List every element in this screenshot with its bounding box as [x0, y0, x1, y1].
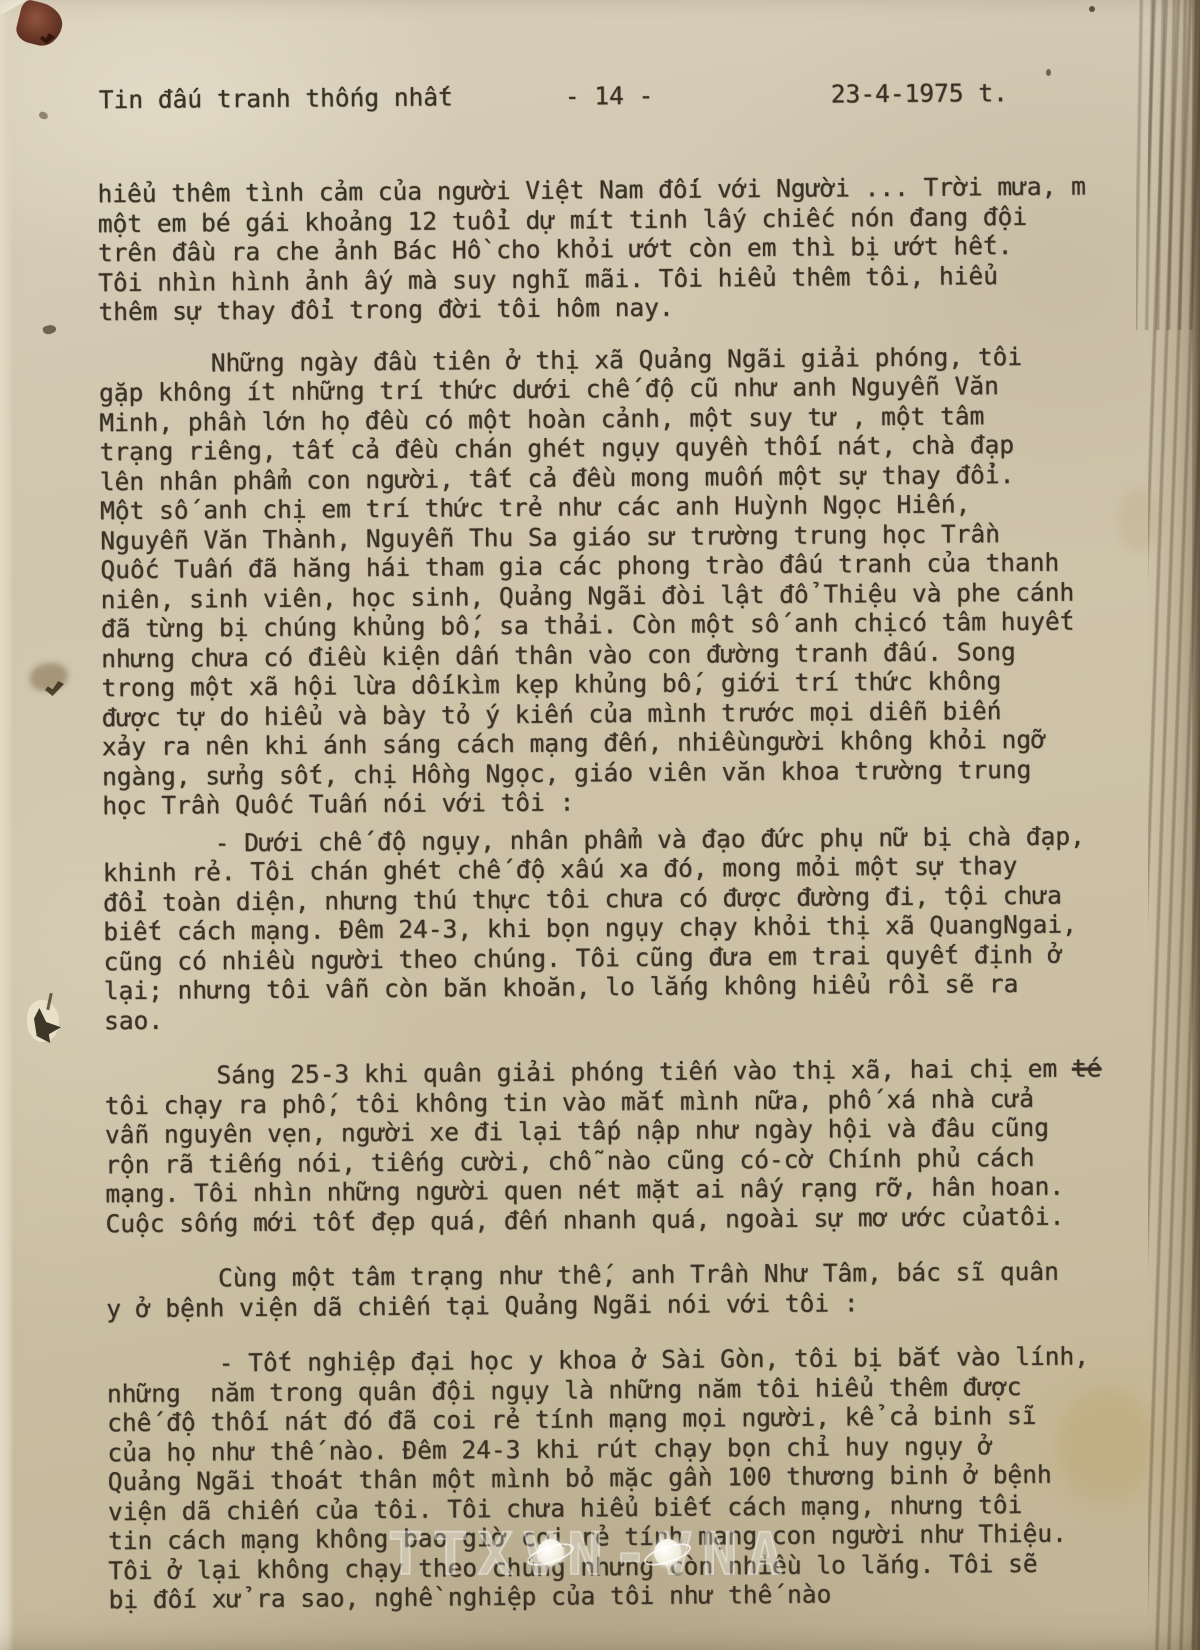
document-content: Tin đấu tranh thống nhất - 14 - 23-4-197… [0, 0, 1200, 1641]
struck-word: té [1072, 1053, 1102, 1082]
document-date: 23-4-1975 t. [831, 78, 1008, 109]
document-header: Tin đấu tranh thống nhất - 14 - 23-4-197… [97, 77, 1113, 115]
document-body: hiểu thêm tình cảm của người Việt Nam đố… [97, 171, 1124, 1614]
page-number: - 14 - [565, 81, 654, 112]
paragraph: Những ngày đầu tiên ở thị xã Quảng Ngãi … [99, 341, 1119, 821]
scanned-document-page: Tin đấu tranh thống nhất - 14 - 23-4-197… [0, 0, 1200, 1650]
paragraph: Sáng 25-3 khi quân giải phóng tiến vào t… [104, 1053, 1121, 1238]
paragraph: hiểu thêm tình cảm của người Việt Nam đố… [97, 171, 1114, 326]
document-title: Tin đấu tranh thống nhất [99, 82, 453, 115]
paragraph: Cùng một tâm trạng như thế, anh Trần Như… [106, 1256, 1122, 1323]
paragraph: - Tốt nghiệp đại học y khoa ở Sài Gòn, t… [107, 1341, 1125, 1614]
paragraph: - Dưới chế độ ngụy, nhân phẩm và đạo đức… [103, 821, 1121, 1035]
